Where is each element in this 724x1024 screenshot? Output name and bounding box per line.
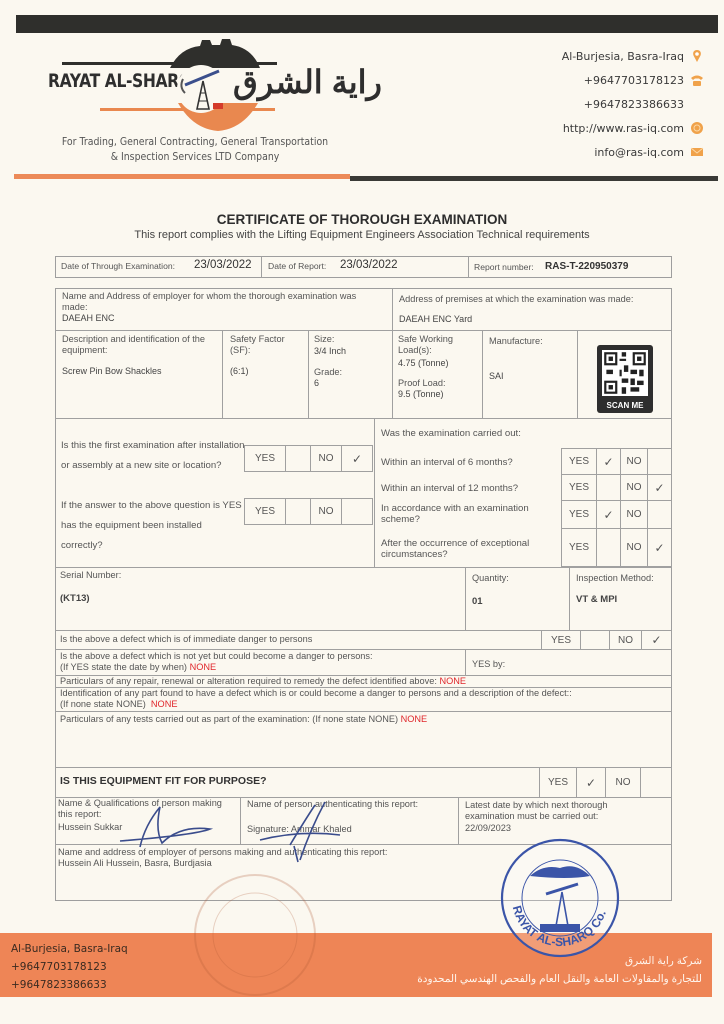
date-exam-value: 23/03/2022 xyxy=(194,259,252,271)
serial-label: Serial Number: xyxy=(60,570,121,581)
quantity-value: 01 xyxy=(472,596,483,607)
date-report-value: 23/03/2022 xyxy=(340,259,398,271)
repair-particulars: Particulars of any repair, renewal or al… xyxy=(60,676,466,687)
premises-value: DAEAH ENC Yard xyxy=(399,314,472,324)
installed-yes-label: YES xyxy=(244,498,286,525)
scheme-no-box[interactable] xyxy=(647,500,672,529)
employer-of-persons-value: Hussein Ali Hussein, Basra, Burdjasia xyxy=(58,858,212,869)
grade-value: 6 xyxy=(314,378,319,388)
serial-value: (KT13) xyxy=(60,593,90,604)
question-exam-scheme: In accordance with an examination scheme… xyxy=(381,503,551,525)
installed-yes-box[interactable] xyxy=(285,498,311,525)
fit-no-label: NO xyxy=(605,767,641,798)
maker-name: Hussein Sukkar xyxy=(58,822,122,833)
defect-part-label: Identification of any part found to have… xyxy=(60,688,572,699)
question-exceptional: After the occurrence of exceptional circ… xyxy=(381,538,551,560)
swl-label: Safe Working Load(s): xyxy=(398,334,476,356)
tagline-line-1: For Trading, General Contracting, Genera… xyxy=(52,135,337,150)
defect-part-value: NONE xyxy=(151,699,178,709)
safety-factor-value: (6:1) xyxy=(230,366,249,376)
qr-code[interactable]: SCAN ME xyxy=(597,345,653,413)
header-divider-orange xyxy=(14,174,350,179)
defect-part-hint: (If none state NONE) NONE xyxy=(60,699,177,710)
manufacture-label: Manufacture: xyxy=(489,336,543,347)
carried-out-label: Was the examination carried out: xyxy=(381,428,521,439)
exceptional-no-box[interactable]: ✓ xyxy=(647,528,672,567)
defect-part-hint-text: (If none state NONE) xyxy=(60,699,146,709)
footer-phone-1[interactable]: +9647703178123 xyxy=(11,958,128,976)
globe-icon xyxy=(690,121,704,135)
twelve-months-no-box[interactable]: ✓ xyxy=(647,474,672,501)
question-6-months: Within an interval of 6 months? xyxy=(381,457,513,468)
employer-of-persons-label: Name and address of employer of persons … xyxy=(58,847,387,858)
quantity-label: Quantity: xyxy=(472,573,509,584)
six-months-yes-box[interactable]: ✓ xyxy=(596,448,621,475)
size-value: 3/4 Inch xyxy=(314,346,346,356)
first-exam-no-box[interactable]: ✓ xyxy=(341,445,373,472)
oil-pump-icon xyxy=(175,63,227,113)
question-first-exam: Is this the first examination after inst… xyxy=(61,436,246,476)
exceptional-no-label: NO xyxy=(620,528,648,567)
date-report-label: Date of Report: xyxy=(268,261,326,271)
tagline-line-2: & Inspection Services LTD Company xyxy=(52,150,337,165)
authenticator-name: Signature: Ammar Khaled xyxy=(247,824,352,835)
could-become-hint: (If YES state the date by when) NONE xyxy=(60,662,216,673)
report-number-value: RAS-T-220950379 xyxy=(545,261,628,272)
yes-by-label: YES by: xyxy=(472,659,505,670)
brand-name-ar: راية الشرق xyxy=(233,63,382,101)
swl-value: 4.75 (Tonne) xyxy=(398,358,449,368)
proof-load-label: Proof Load: xyxy=(398,378,446,389)
immediate-danger-yes-label: YES xyxy=(541,630,581,650)
contact-website[interactable]: http://www.ras-iq.com xyxy=(562,116,704,140)
footer-contact: Al-Burjesia, Basra-Iraq +9647703178123 +… xyxy=(11,940,128,994)
contact-address-text: Al-Burjesia, Basra-Iraq xyxy=(562,50,684,63)
twelve-months-no-label: NO xyxy=(620,474,648,501)
report-number-label: Report number: xyxy=(474,262,534,272)
proof-load-value: 9.5 (Tonne) xyxy=(398,389,444,399)
tests-label: Particulars of any tests carried out as … xyxy=(60,714,398,724)
could-become-value: NONE xyxy=(190,662,217,672)
employer-value: DAEAH ENC xyxy=(62,313,115,323)
certificate-subtitle: This report complies with the Lifting Eq… xyxy=(0,229,724,241)
exceptional-yes-box[interactable] xyxy=(596,528,621,567)
first-exam-no-label: NO xyxy=(310,445,342,472)
repair-label: Particulars of any repair, renewal or al… xyxy=(60,676,437,686)
header-top-bar xyxy=(16,15,718,33)
installed-no-label: NO xyxy=(310,498,342,525)
next-exam-date: 22/09/2023 xyxy=(465,823,511,834)
brand-name-en: RAYAT AL-SHARQ xyxy=(48,70,192,92)
contact-phone-1[interactable]: +9647703178123 xyxy=(562,68,704,92)
next-exam-label: Latest date by which next thorough exami… xyxy=(465,800,645,822)
scheme-yes-label: YES xyxy=(561,500,597,529)
immediate-danger-yes-box[interactable] xyxy=(580,630,610,650)
repair-value: NONE xyxy=(439,676,466,686)
qr-caption: SCAN ME xyxy=(597,401,653,410)
contact-email-text[interactable]: info@ras-iq.com xyxy=(594,146,684,159)
installed-no-box[interactable] xyxy=(341,498,373,525)
six-months-no-label: NO xyxy=(620,448,648,475)
fit-yes-box[interactable]: ✓ xyxy=(576,767,606,798)
manufacture-value: SAI xyxy=(489,371,504,381)
safety-factor-label: Safety Factor (SF): xyxy=(230,334,300,356)
immediate-danger-question: Is the above a defect which is of immedi… xyxy=(60,634,312,645)
footer-phone-2[interactable]: +9647823386633 xyxy=(11,976,128,994)
could-become-question: Is the above a defect which is not yet b… xyxy=(60,651,373,662)
authenticator-label: Name of person authenticating this repor… xyxy=(247,799,418,810)
scheme-yes-box[interactable]: ✓ xyxy=(596,500,621,529)
company-tagline: For Trading, General Contracting, Genera… xyxy=(52,135,337,165)
telephone-icon xyxy=(690,73,704,87)
fit-no-box[interactable] xyxy=(640,767,672,798)
exceptional-yes-label: YES xyxy=(561,528,597,567)
qr-code-icon xyxy=(602,350,648,396)
question-12-months: Within an interval of 12 months? xyxy=(381,483,518,494)
contact-address: Al-Burjesia, Basra-Iraq xyxy=(562,44,704,68)
tests-value: NONE xyxy=(401,714,428,724)
location-pin-icon xyxy=(690,49,704,63)
first-exam-yes-box[interactable] xyxy=(285,445,311,472)
size-label: Size: xyxy=(314,334,334,345)
description-value: Screw Pin Bow Shackles xyxy=(62,366,162,376)
first-exam-yes-label: YES xyxy=(244,445,286,472)
contact-website-text[interactable]: http://www.ras-iq.com xyxy=(563,122,684,135)
contact-email[interactable]: info@ras-iq.com xyxy=(562,140,704,164)
immediate-danger-no-label: NO xyxy=(609,630,642,650)
footer-arabic-description: للتجارة والمقاولات العامة والنقل العام و… xyxy=(417,970,702,988)
fit-for-purpose-question: IS THIS EQUIPMENT FIT FOR PURPOSE? xyxy=(60,775,267,787)
description-label: Description and identification of the eq… xyxy=(62,334,217,356)
contact-block: Al-Burjesia, Basra-Iraq +9647703178123 +… xyxy=(562,44,704,164)
immediate-danger-no-box[interactable]: ✓ xyxy=(641,630,672,650)
employer-label: Name and Address of employer for whom th… xyxy=(62,291,382,313)
date-exam-label: Date of Through Examination: xyxy=(61,261,175,271)
question-installed-correctly: If the answer to the above question is Y… xyxy=(61,496,246,556)
fit-yes-label: YES xyxy=(539,767,577,798)
six-months-no-box[interactable] xyxy=(647,448,672,475)
twelve-months-yes-box[interactable] xyxy=(596,474,621,501)
scheme-no-label: NO xyxy=(620,500,648,529)
could-become-hint-text: (If YES state the date by when) xyxy=(60,662,187,672)
tests-particulars: Particulars of any tests carried out as … xyxy=(60,714,427,725)
header-divider-dark xyxy=(350,176,718,181)
maker-label: Name & Qualifications of person making t… xyxy=(58,798,228,820)
inspection-method-value: VT & MPI xyxy=(576,594,617,605)
grade-label: Grade: xyxy=(314,367,342,378)
contact-phone-2-text[interactable]: +9647823386633 xyxy=(584,98,684,111)
premises-label: Address of premises at which the examina… xyxy=(399,294,633,305)
contact-phone-1-text[interactable]: +9647703178123 xyxy=(584,74,684,87)
envelope-icon xyxy=(690,145,704,159)
company-stamp-icon: RAYAT AL-SHARQ Co. xyxy=(498,836,622,960)
inspection-method-label: Inspection Method: xyxy=(576,573,654,584)
certificate-title: CERTIFICATE OF THOROUGH EXAMINATION xyxy=(0,212,724,227)
twelve-months-yes-label: YES xyxy=(561,474,597,501)
contact-phone-2[interactable]: +9647823386633 xyxy=(562,92,704,116)
footer-address: Al-Burjesia, Basra-Iraq xyxy=(11,940,128,958)
embossed-seal-icon xyxy=(190,870,320,1000)
six-months-yes-label: YES xyxy=(561,448,597,475)
